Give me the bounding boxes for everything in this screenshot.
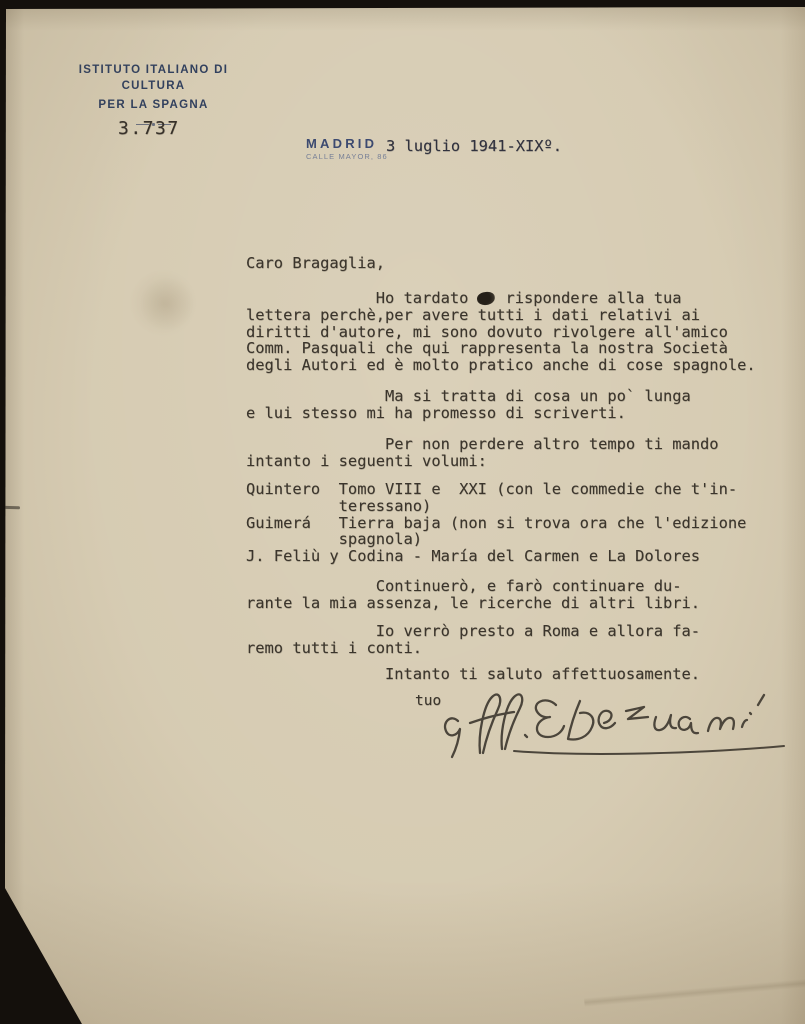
signature-name-stroke [626, 707, 648, 719]
letter-paper: ISTITUTO ITALIANO DI CULTURA PER LA SPAG… [0, 0, 805, 1024]
date-line: 3 luglio 1941-XIXº. [386, 137, 562, 155]
signature-name-stroke [599, 711, 615, 728]
paper-stain [138, 278, 196, 330]
reference-number: 3.737 [118, 118, 180, 139]
signature-underline [514, 746, 784, 754]
signature-name-stroke [536, 700, 564, 737]
signature-name-stroke [679, 717, 698, 733]
signature-name-stroke [758, 695, 764, 705]
letterhead-institute-line2: PER LA SPAGNA [46, 97, 261, 113]
paragraph-5: Io verrò presto a Roma e allora fa- remo… [246, 623, 700, 657]
handwritten-signature [428, 683, 800, 763]
signature-name-stroke [568, 701, 593, 740]
signature-name-stroke [708, 718, 734, 731]
signature-aff-stroke [480, 695, 501, 753]
letterhead-address: CALLE MAYOR, 86 [306, 152, 388, 161]
salutation: Caro Bragaglia, [246, 255, 385, 272]
letterhead-institute-line1: ISTITUTO ITALIANO DI CULTURA [46, 62, 261, 94]
signature-aff-stroke [502, 694, 523, 749]
letterhead: ISTITUTO ITALIANO DI CULTURA PER LA SPAG… [46, 62, 261, 126]
scanned-letter: ISTITUTO ITALIANO DI CULTURA PER LA SPAG… [0, 0, 805, 1024]
paragraph-4: Continuerò, e farò continuare du- rante … [246, 578, 700, 612]
paper-fold-shadow [584, 978, 805, 1007]
paragraph-3: Per non perdere altro tempo ti mando int… [246, 436, 719, 470]
paragraph-2: Ma si tratta di cosa un po` lunga e lui … [246, 388, 691, 422]
letterhead-city: MADRID [306, 136, 388, 151]
book-list: Quintero Tomo VIII e XXI (con le commedi… [246, 481, 746, 565]
closing-line: Intanto ti saluto affettuosamente. [246, 666, 700, 683]
madrid-letterhead: MADRID CALLE MAYOR, 86 [306, 136, 388, 161]
signature-name-stroke [742, 713, 751, 727]
margin-pencil-mark [0, 506, 20, 510]
signature-aff-stroke [525, 735, 527, 737]
signature-name-stroke [654, 715, 676, 730]
paragraph-1: Ho tardato rispondere alla tua lettera p… [246, 290, 756, 374]
signature-aff-stroke [445, 718, 460, 757]
